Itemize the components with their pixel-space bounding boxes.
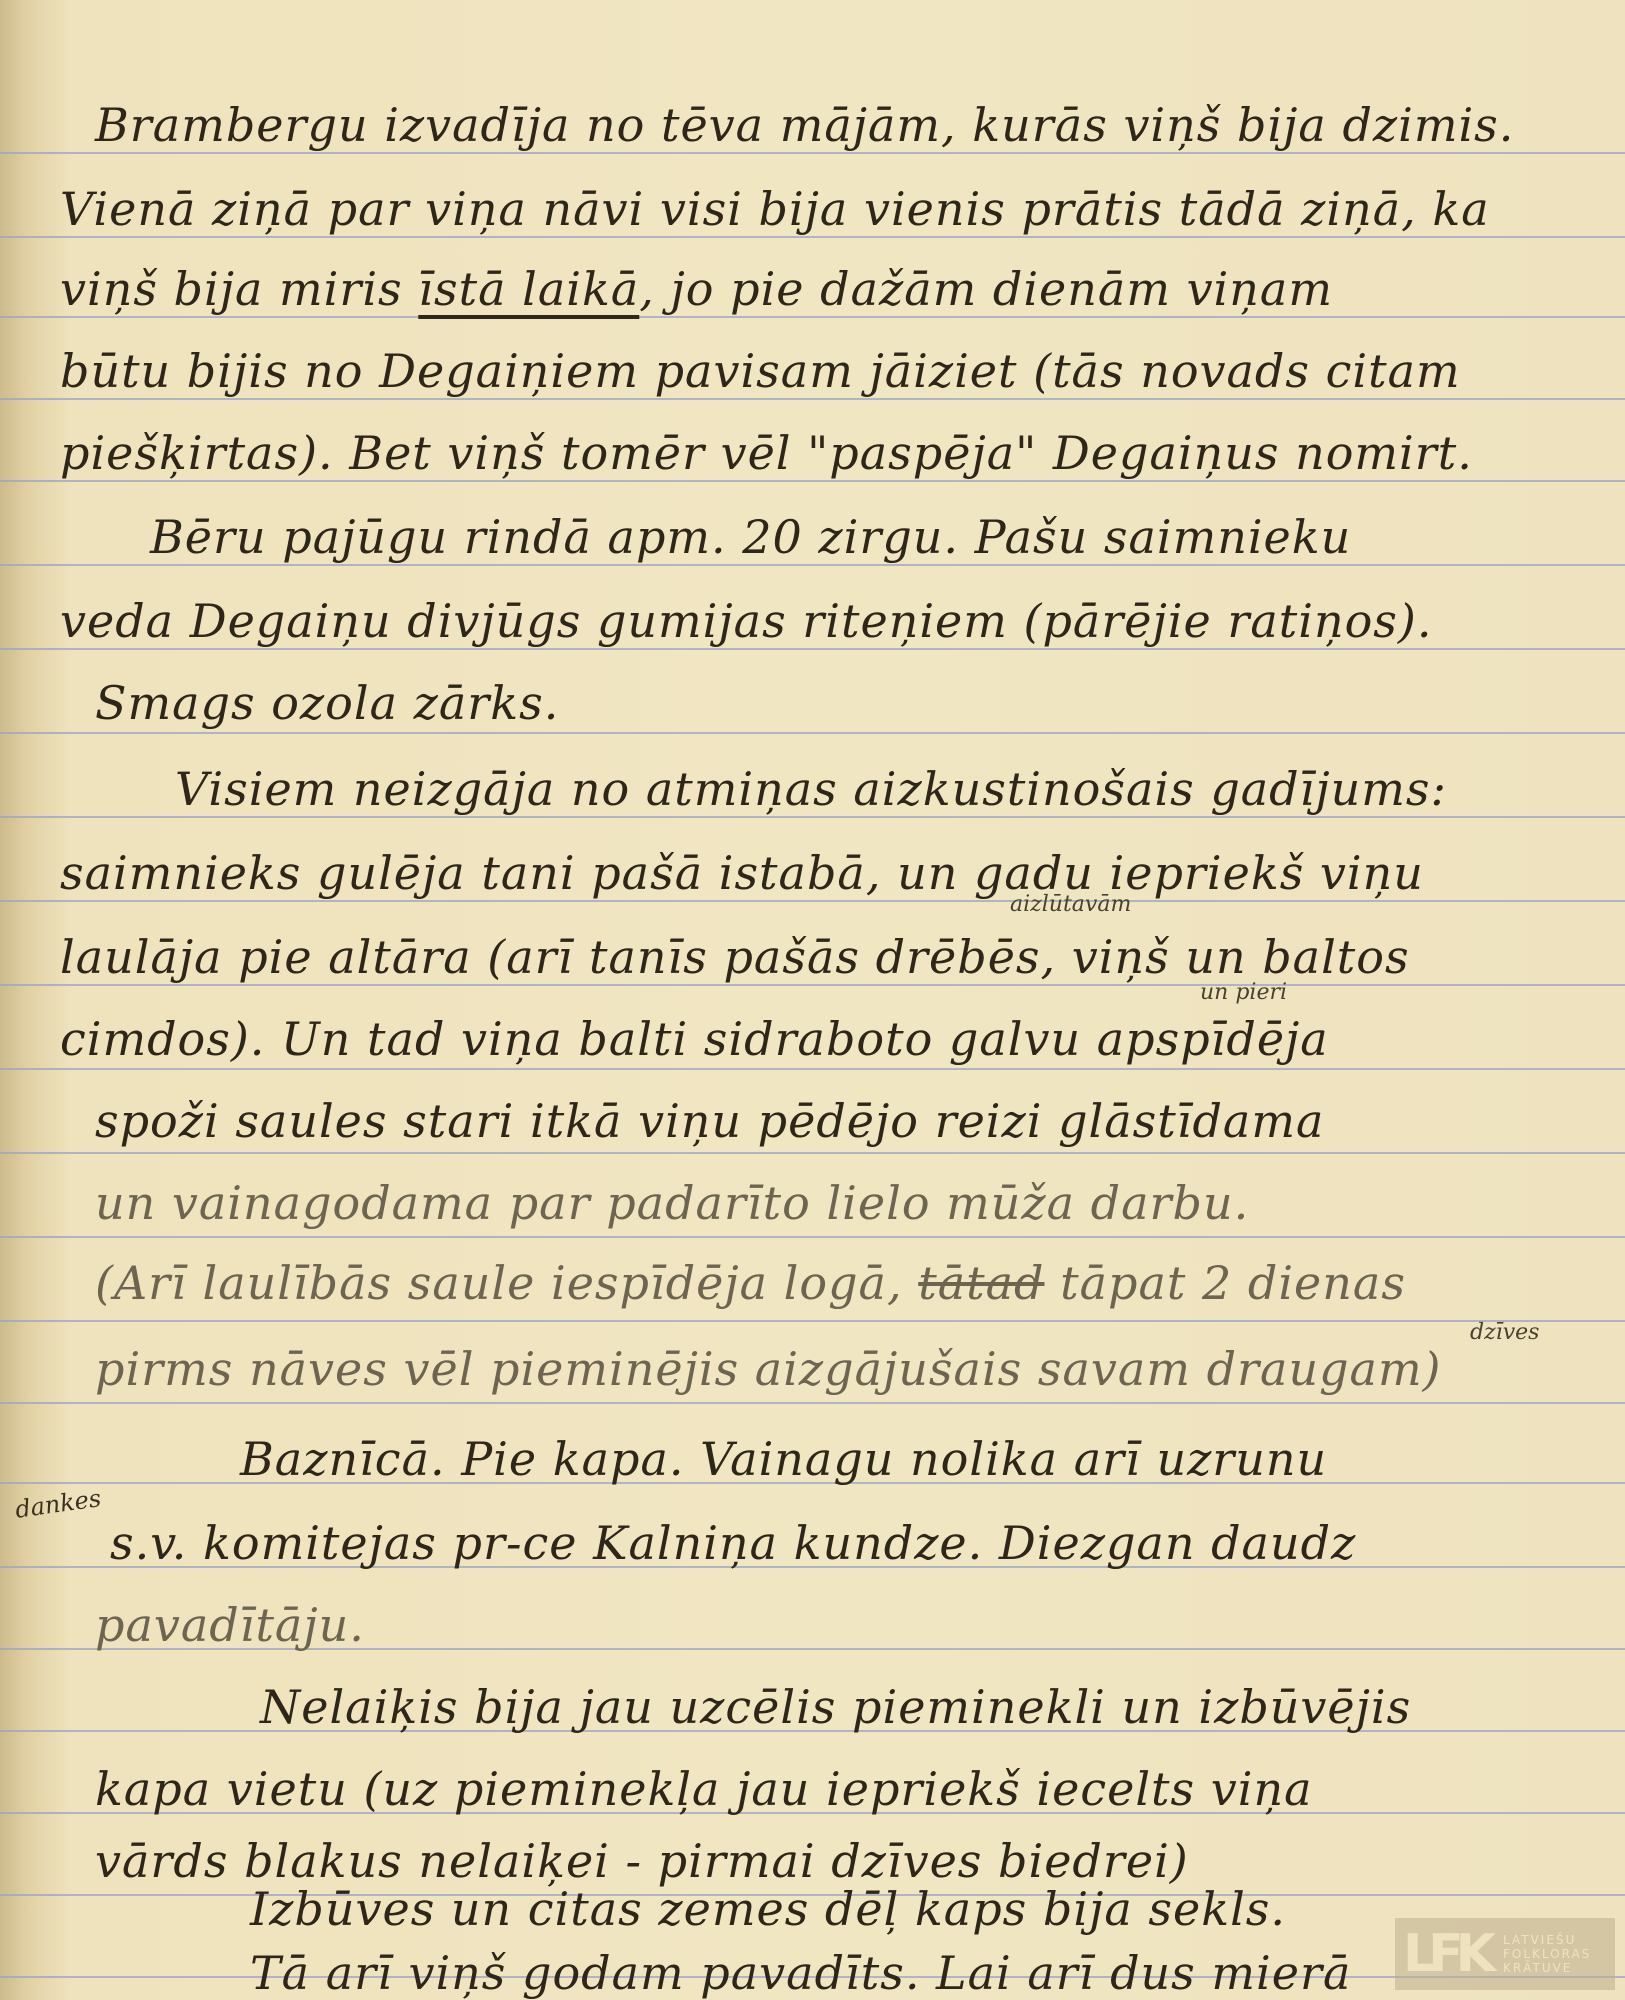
text-line: saimnieks gulēja tani pašā istabā, un ga… bbox=[60, 846, 1424, 900]
text-line: Nelaiķis bija jau uzcēlis pieminekli un … bbox=[260, 1680, 1411, 1734]
archive-name-line: LATVIEŠU bbox=[1503, 1933, 1591, 1947]
text-line: (Arī laulībās saule iespīdēja logā, tāta… bbox=[95, 1256, 1406, 1310]
ruled-line bbox=[0, 984, 1625, 986]
text-line: Baznīcā. Pie kapa. Vainagu nolika arī uz… bbox=[240, 1432, 1327, 1486]
insertion-above-apspideja: un pieri bbox=[1200, 980, 1287, 1005]
ruled-line bbox=[0, 152, 1625, 154]
text-line: Tā arī viņš godam pavadīts. Lai arī dus … bbox=[250, 1946, 1351, 2000]
text-line: un vainagodama par padarīto lielo mūža d… bbox=[95, 1176, 1249, 1230]
ruled-line bbox=[0, 480, 1625, 482]
text-segment: tāpat 2 dienas bbox=[1044, 1256, 1405, 1310]
text-line: Izbūves un citas zemes dēļ kaps bija sek… bbox=[250, 1882, 1286, 1936]
text-line: kapa vietu (uz pieminekļa jau iepriekš i… bbox=[95, 1762, 1313, 1816]
text-segment: , jo pie dažām dienām viņam bbox=[639, 262, 1333, 316]
underlined-phrase: īstā laikā bbox=[418, 262, 639, 316]
ruled-line bbox=[0, 732, 1625, 734]
margin-note: dankes bbox=[13, 1484, 102, 1524]
ruled-line bbox=[0, 236, 1625, 238]
archive-watermark: LFK LATVIEŠU FOLKLORAS KRĀTUVE bbox=[1395, 1918, 1615, 1990]
text-line: pirms nāves vēl pieminējis aizgājušais s… bbox=[95, 1342, 1442, 1396]
ruled-line bbox=[0, 1320, 1625, 1322]
text-line: viņš bija miris īstā laikā, jo pie dažām… bbox=[60, 262, 1333, 316]
ruled-line bbox=[0, 1152, 1625, 1154]
ruled-line bbox=[0, 1068, 1625, 1070]
ruled-line bbox=[0, 900, 1625, 902]
text-line: veda Degaiņu divjūgs gumijas riteņiem (p… bbox=[60, 594, 1432, 648]
text-line: būtu bijis no Degaiņiem pavisam jāiziet … bbox=[60, 344, 1461, 398]
text-segment: viņš bija miris bbox=[60, 262, 418, 316]
text-line: laulāja pie altāra (arī tanīs pašās drēb… bbox=[60, 930, 1410, 984]
ruled-line bbox=[0, 816, 1625, 818]
archive-name-line: KRĀTUVE bbox=[1503, 1961, 1591, 1975]
text-line: Brambergu izvadīja no tēva mājām, kurās … bbox=[95, 98, 1514, 152]
ruled-line bbox=[0, 564, 1625, 566]
struck-word: tātad bbox=[918, 1256, 1044, 1310]
insertion-above-drebes: aizlūtavām bbox=[1010, 892, 1131, 917]
ruled-line bbox=[0, 648, 1625, 650]
text-segment: (Arī laulībās saule iespīdēja logā, bbox=[95, 1256, 918, 1310]
text-line: piešķirtas). Bet viņš tomēr vēl "paspēja… bbox=[60, 426, 1473, 480]
text-line: pavadītāju. bbox=[95, 1598, 365, 1652]
archive-logo-icon: LFK bbox=[1403, 1924, 1503, 1984]
archive-name-line: FOLKLORAS bbox=[1503, 1947, 1591, 1961]
manuscript-page: Brambergu izvadīja no tēva mājām, kurās … bbox=[0, 0, 1625, 2000]
ruled-line bbox=[0, 1402, 1625, 1404]
text-line: spoži saules stari itkā viņu pēdējo reiz… bbox=[95, 1094, 1324, 1148]
text-line: vārds blakus nelaiķei - pirmai dzīves bi… bbox=[95, 1834, 1189, 1888]
text-line: Bēru pajūgu rindā apm. 20 zirgu. Pašu sa… bbox=[150, 510, 1351, 564]
insertion-above-draugam: dzīves bbox=[1470, 1320, 1539, 1345]
text-line: cimdos). Un tad viņa balti sidraboto gal… bbox=[60, 1012, 1329, 1066]
ruled-line bbox=[0, 398, 1625, 400]
text-line: Vienā ziņā par viņa nāvi visi bija vieni… bbox=[60, 182, 1490, 236]
text-line: s.v. komitejas pr-ce Kalniņa kundze. Die… bbox=[110, 1516, 1356, 1570]
ruled-line bbox=[0, 316, 1625, 318]
ruled-line bbox=[0, 1236, 1625, 1238]
text-line: Smags ozola zārks. bbox=[95, 676, 559, 730]
text-line: Visiem neizgāja no atmiņas aizkustinošai… bbox=[175, 762, 1447, 816]
archive-name: LATVIEŠU FOLKLORAS KRĀTUVE bbox=[1503, 1933, 1591, 1975]
